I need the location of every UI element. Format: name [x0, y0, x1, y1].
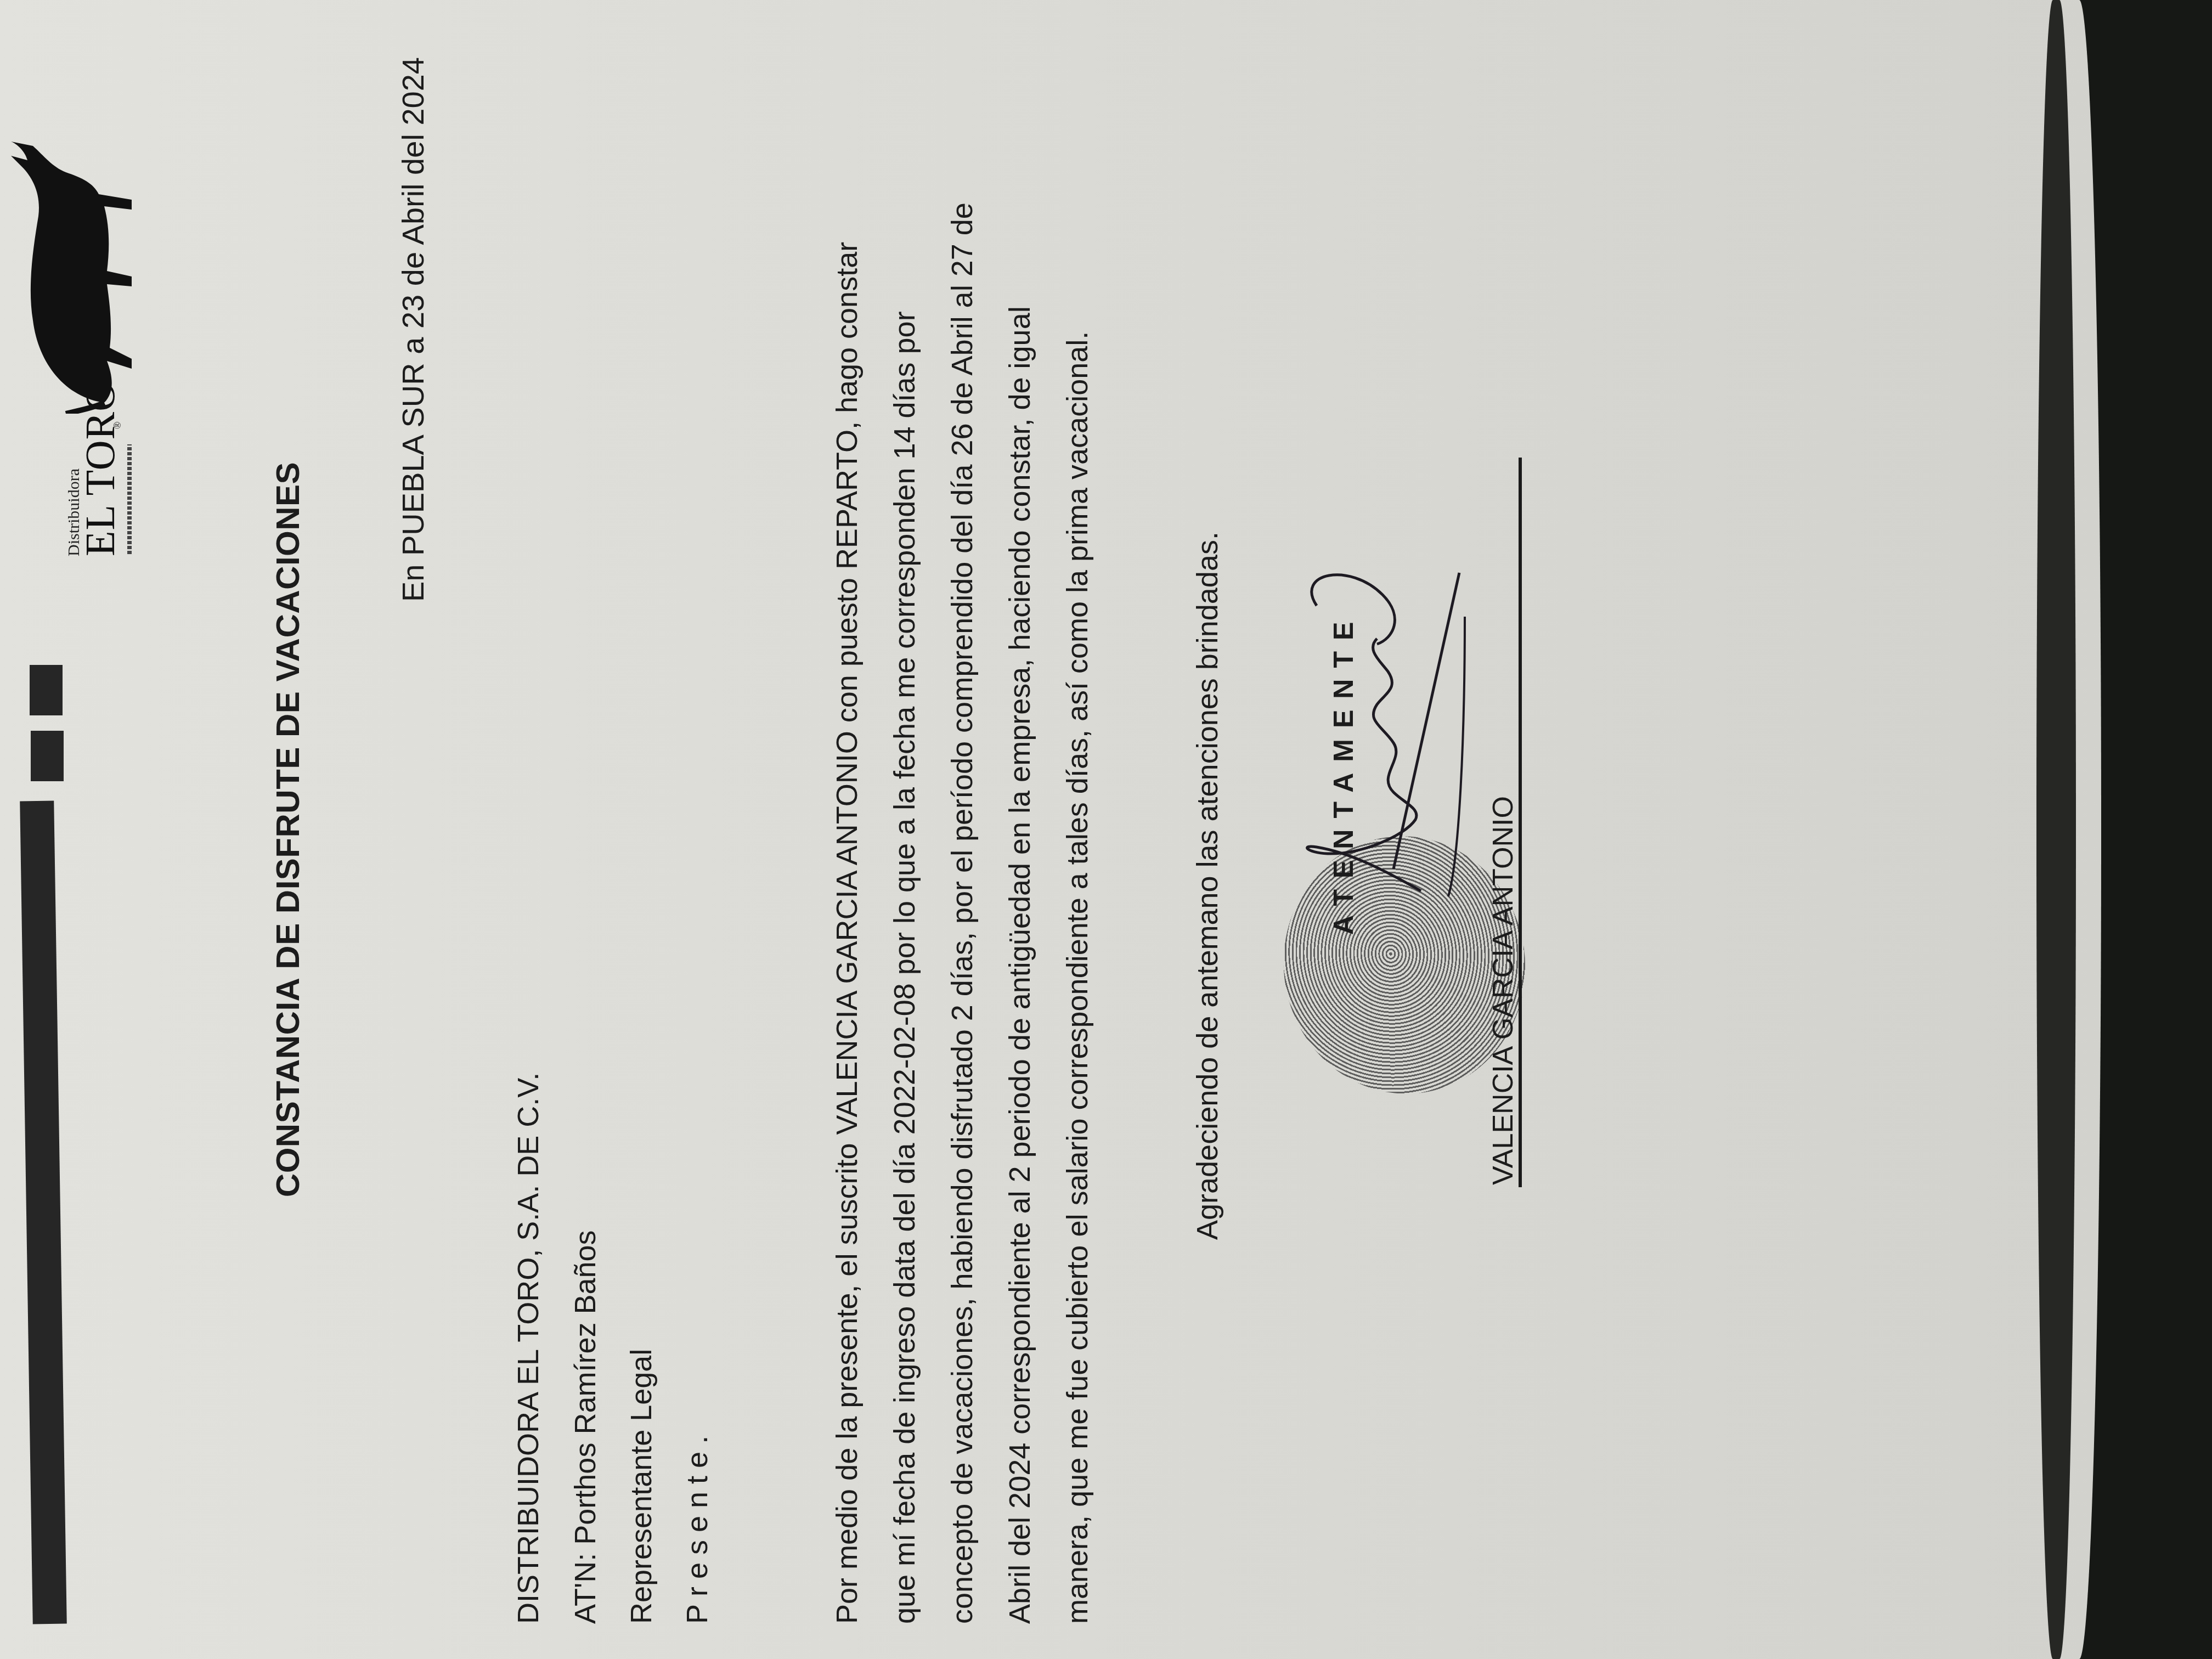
logo-tagline [127, 444, 132, 554]
addressee-salutation: Presente. [680, 1428, 714, 1624]
place-date: En PUEBLA SUR a 23 de Abril del 2024 [395, 57, 431, 602]
company-logo: Distribuidora EL TORO ® [0, 139, 148, 556]
document-title: CONSTANCIA DE DISFRUTE DE VACACIONES [269, 0, 307, 1659]
body-line: Por medio de la presente, el suscrito VA… [819, 57, 876, 1624]
addressee-attention: AT'N: Porthos Ramírez Baños [568, 1230, 602, 1624]
body-paragraph: Por medio de la presente, el suscrito VA… [819, 57, 1107, 1624]
addressee-role: Representante Legal [624, 1349, 658, 1624]
header-bar-short-1 [31, 731, 64, 781]
letter-page: Distribuidora EL TORO ® CONSTANCIA DE DI… [0, 0, 2030, 1659]
body-line: manera, que me fue cubierto el salario c… [1049, 57, 1107, 1624]
closing-line: Agradeciendo de antemano las atenciones … [1190, 532, 1224, 1240]
signer-name: VALENCIA GARCIA ANTONIO [1487, 796, 1520, 1185]
paper-edge-shadow [2036, 0, 2076, 1659]
header-bar-long [20, 801, 67, 1624]
body-line: que mí fecha de ingreso data del día 202… [876, 57, 934, 1624]
header-bar-short-2 [30, 665, 63, 715]
body-line: concepto de vacaciones, habiendo disfrut… [934, 57, 991, 1624]
signature-icon [1284, 551, 1476, 902]
bull-icon [0, 139, 137, 414]
body-line: Abril del 2024 correspondiente al 2 peri… [991, 57, 1049, 1624]
signature-line [1519, 458, 1522, 1187]
addressee-company: DISTRIBUIDORA EL TORO, S.A. DE C.V. [511, 1073, 545, 1624]
logo-registered-mark: ® [112, 421, 123, 429]
